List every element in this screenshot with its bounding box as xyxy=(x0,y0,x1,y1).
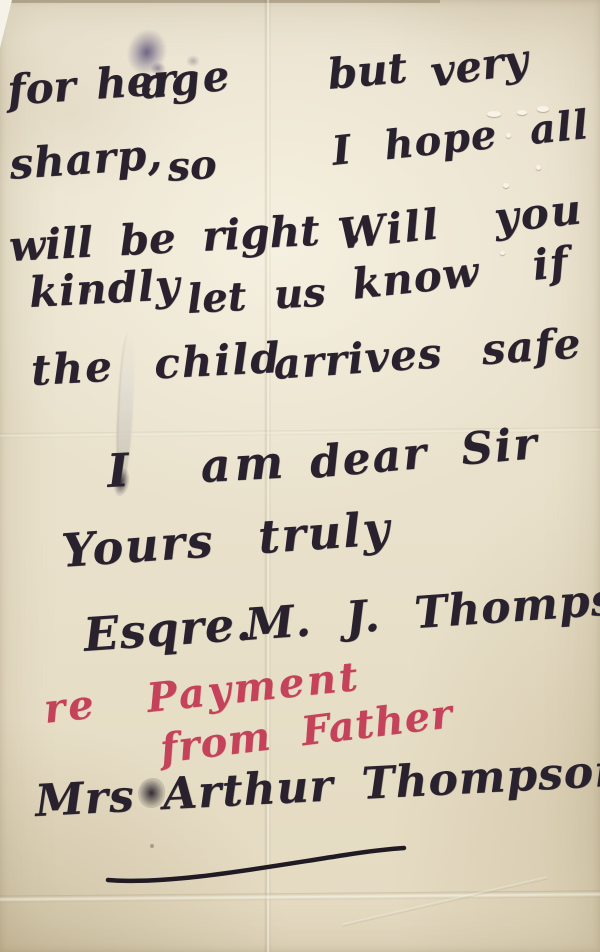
paper-fleck xyxy=(536,165,541,170)
handwriting-fragment: age xyxy=(138,54,234,105)
handwriting-fragment: very xyxy=(428,38,531,93)
handwriting-fragment: arrives safe xyxy=(272,322,583,385)
identification-name: Mrs Arthur Thompson xyxy=(34,749,600,824)
signature-prefix: Esqre. xyxy=(82,600,253,658)
handwriting-fragment: I am xyxy=(106,439,288,494)
paper-fleck xyxy=(503,183,509,188)
signature-underline xyxy=(100,838,420,888)
handwriting-fragment: the child xyxy=(30,337,283,392)
handwriting-fragment: so xyxy=(166,145,218,188)
signature-name: M. J. Thompson xyxy=(244,574,600,648)
closing-yours-truly: Yours truly xyxy=(60,505,393,574)
handwriting-fragment: sharp, xyxy=(8,133,164,186)
handwriting-fragment: kindly xyxy=(28,264,181,314)
handwriting-fragment: but xyxy=(326,47,409,96)
handwriting-fragment: let us xyxy=(186,273,327,320)
handwriting-fragment: I hope all xyxy=(330,105,591,172)
handwriting-fragment: will be right . xyxy=(8,208,362,268)
paper-top-edge-shadow xyxy=(0,0,440,3)
letter-page: for her age but very sharp, so I hope al… xyxy=(0,0,600,952)
fold-crease-bottom xyxy=(0,890,600,902)
scan-corner-sliver xyxy=(0,0,12,48)
